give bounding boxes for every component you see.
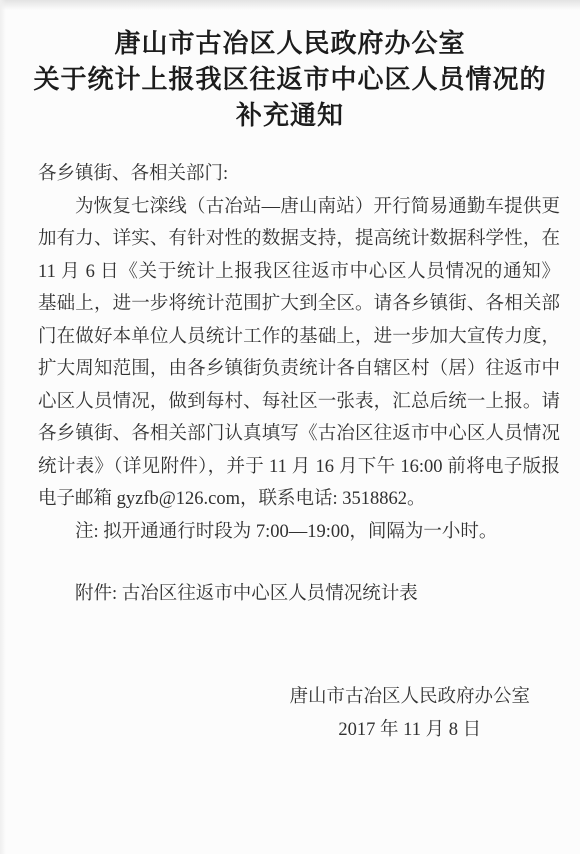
attachment-line: 附件: 古冶区往返市中心区人员情况统计表	[38, 578, 560, 611]
document-body: 各乡镇街、各相关部门: 为恢复七滦线（古冶站—唐山南站）开行简易通勤车提供更 加…	[0, 158, 580, 611]
signature-org: 唐山市古冶区人民政府办公室	[289, 681, 530, 714]
scan-shadow-top	[0, 0, 580, 10]
paragraph-line: 心区人员情况，做到每村、每社区一张表，汇总后统一上报。请	[38, 386, 560, 419]
paragraph-line: 门在做好本单位人员统计工作的基础上，进一步加大宣传力度，	[38, 321, 560, 354]
document-title: 唐山市古冶区人民政府办公室 关于统计上报我区往返市中心区人员情况的 补充通知	[0, 26, 580, 134]
paragraph-line: 各乡镇街、各相关部门认真填写《古冶区往返市中心区人员情况	[38, 418, 560, 451]
signature-block: 唐山市古冶区人民政府办公室 2017 年 11 月 8 日	[289, 681, 530, 747]
document-page: 唐山市古冶区人民政府办公室 关于统计上报我区往返市中心区人员情况的 补充通知 各…	[0, 0, 580, 854]
paragraph-line: 统计表》（详见附件），并于 11 月 16 月下午 16:00 前将电子版报	[38, 451, 560, 484]
signature-date: 2017 年 11 月 8 日	[289, 714, 530, 747]
paragraph-line-contact: 电子邮箱 gyzfb@126.com，联系电话: 3518862。	[38, 483, 560, 516]
title-line-subject: 关于统计上报我区往返市中心区人员情况的	[0, 62, 580, 98]
paragraph-line: 基础上，进一步将统计范围扩大到全区。请各乡镇街、各相关部	[38, 288, 560, 321]
note-line: 注: 拟开通通行时段为 7:00—19:00，间隔为一小时。	[38, 516, 560, 549]
paragraph-line: 加有力、详实、有针对性的数据支持，提高统计数据科学性，在	[38, 223, 560, 256]
paragraph-line: 扩大周知范围，由各乡镇街负责统计各自辖区村（居）往返市中	[38, 353, 560, 386]
title-line-type: 补充通知	[0, 98, 580, 134]
paragraph-line: 为恢复七滦线（古冶站—唐山南站）开行简易通勤车提供更	[38, 191, 560, 224]
paragraph-line: 11 月 6 日《关于统计上报我区往返市中心区人员情况的通知》	[38, 256, 560, 289]
salutation: 各乡镇街、各相关部门:	[38, 158, 560, 191]
title-line-org: 唐山市古冶区人民政府办公室	[0, 26, 580, 62]
